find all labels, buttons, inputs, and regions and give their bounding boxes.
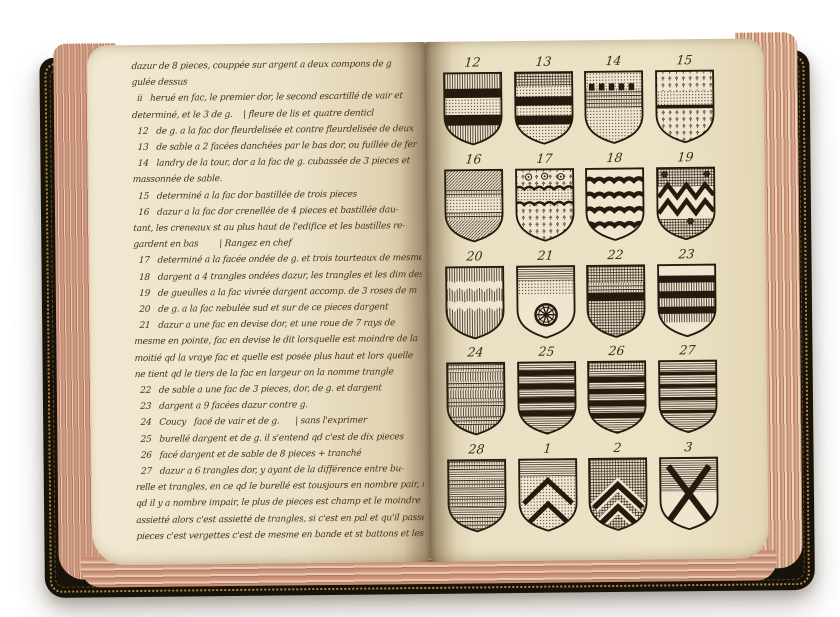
shield-number: 15 [676,53,693,68]
shield-cell: 13 [508,54,580,152]
shield-cell: 20 [439,249,511,347]
shield-cell: 16 [438,152,510,250]
shield-drawing [446,457,509,534]
shield-number: 16 [465,152,482,167]
left-page: dazur de 8 pieces, couppée sur argent a … [87,42,430,566]
shields-plate: 1213141516171819202122232425262728123 [437,53,724,540]
shield-cell: 3 [653,440,725,538]
shield-drawing [512,69,575,146]
shield-number: 23 [678,247,695,262]
shield-drawing [653,68,716,145]
shield-number: 22 [607,247,624,262]
shield-cell: 24 [440,345,512,443]
shield-cell: 19 [650,150,722,248]
shield-cell: 17 [509,151,581,249]
manuscript-text: dazur de 8 pieces, couppée sur argent a … [131,56,424,557]
shield-cell: 15 [649,53,721,151]
shield-drawing [513,166,576,243]
shield-cell: 25 [511,345,583,443]
shield-cell: 2 [582,441,654,539]
shield-drawing [655,262,718,339]
right-page: 1213141516171819202122232425262728123 [425,38,768,562]
shield-number: 27 [679,344,696,359]
shield-number: 26 [608,344,625,359]
shield-drawing [586,359,649,436]
shield-number: 21 [537,248,554,263]
shield-drawing [442,70,505,147]
manuscript-line: pieces c'est vergettes c'est de mesme en… [136,526,425,545]
shield-cell: 28 [441,442,513,540]
shield-number: 14 [605,54,622,69]
open-manuscript-book: dazur de 8 pieces, couppée sur argent a … [31,8,817,606]
shield-drawing [657,455,720,532]
shield-number: 24 [467,346,484,361]
shield-number: 28 [468,443,485,458]
shield-drawing [587,456,650,533]
shield-number: 18 [606,151,623,166]
shield-drawing [515,360,578,437]
shield-drawing [654,165,717,242]
shield-number: 2 [613,441,622,456]
shield-number: 25 [538,345,555,360]
shield-cell: 22 [580,247,652,345]
shield-number: 17 [536,151,553,166]
shield-cell: 26 [581,344,653,442]
shield-drawing [443,167,506,244]
shield-drawing [516,457,579,534]
shield-drawing [656,358,719,435]
shield-drawing [514,263,577,340]
shield-number: 3 [684,440,693,455]
shield-number: 12 [464,55,481,70]
shield-number: 20 [466,249,483,264]
shield-cell: 12 [437,55,509,153]
shield-cell: 21 [510,248,582,346]
shield-drawing [445,361,508,438]
shield-drawing [585,262,648,339]
shield-number: 1 [543,442,552,457]
shield-drawing [444,264,507,341]
shield-cell: 18 [579,150,651,248]
shield-number: 19 [677,150,694,165]
shield-drawing [583,69,646,146]
shield-drawing [584,165,647,242]
shield-cell: 1 [512,442,584,540]
page-spread: dazur de 8 pieces, couppée sur argent a … [87,38,768,565]
shield-number: 13 [535,55,552,70]
shield-cell: 27 [652,343,724,441]
shield-cell: 14 [578,54,650,152]
shield-cell: 23 [651,246,723,344]
auction-photo: dazur de 8 pieces, couppée sur argent a … [0,0,840,617]
